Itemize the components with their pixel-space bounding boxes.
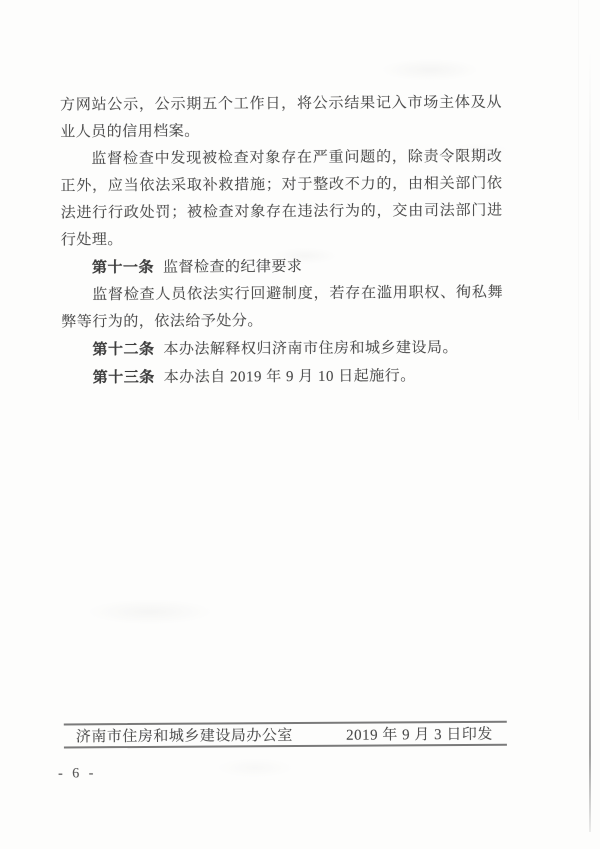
paragraph-credit-record: 方网站公示，公示期五个工作日，将公示结果记入市场主体及从业人员的信用档案。 bbox=[60, 90, 502, 147]
paragraph-text: 监督检查的纪律要求 bbox=[163, 259, 303, 276]
document-page: 方网站公示，公示期五个工作日，将公示结果记入市场主体及从业人员的信用档案。 监督… bbox=[0, 0, 600, 849]
article-11-number: 第十一条 bbox=[92, 259, 154, 276]
paragraph-inspection-findings: 监督检查中发现被检查对象存在严重问题的，除责令限期改正外，应当依法采取补救措施；… bbox=[60, 144, 503, 255]
paragraph-text: 方网站公示，公示期五个工作日，将公示结果记入市场主体及从业人员的信用档案。 bbox=[60, 95, 502, 141]
footer-print-date: 2019 年 9 月 3 日印发 bbox=[346, 723, 493, 745]
paragraph-article-12: 第十二条本办法解释权归济南市住房和城乡建设局。 bbox=[61, 334, 503, 365]
paragraph-text: 本办法自 2019 年 9 月 10 日起施行。 bbox=[164, 368, 416, 386]
paragraph-text: 本办法解释权归济南市住房和城乡建设局。 bbox=[163, 340, 458, 358]
article-12-number: 第十二条 bbox=[92, 341, 154, 358]
paragraph-recusal-rule: 监督检查人员依法实行回避制度，若存在滥用职权、徇私舞弊等行为的，依法给予处分。 bbox=[61, 280, 503, 337]
scanned-document: { "document": { "paragraphs": [ { "lead"… bbox=[0, 0, 600, 849]
article-13-number: 第十三条 bbox=[93, 369, 155, 386]
document-body: 方网站公示，公示期五个工作日，将公示结果记入市场主体及从业人员的信用档案。 监督… bbox=[60, 90, 504, 393]
paragraph-article-11: 第十一条监督检查的纪律要求 bbox=[61, 252, 503, 283]
footer-issuer: 济南市住房和城乡建设局办公室 bbox=[76, 724, 293, 746]
paragraph-text: 监督检查人员依法实行回避制度，若存在滥用职权、徇私舞弊等行为的，依法给予处分。 bbox=[61, 285, 503, 331]
paragraph-article-13: 第十三条本办法自 2019 年 9 月 10 日起施行。 bbox=[62, 362, 504, 393]
paragraph-text: 监督检查中发现被检查对象存在严重问题的，除责令限期改正外，应当依法采取补救措施；… bbox=[60, 149, 502, 249]
page-number: - 6 - bbox=[58, 766, 96, 782]
document-footer: 济南市住房和城乡建设局办公室 2019 年 9 月 3 日印发 bbox=[64, 721, 507, 749]
